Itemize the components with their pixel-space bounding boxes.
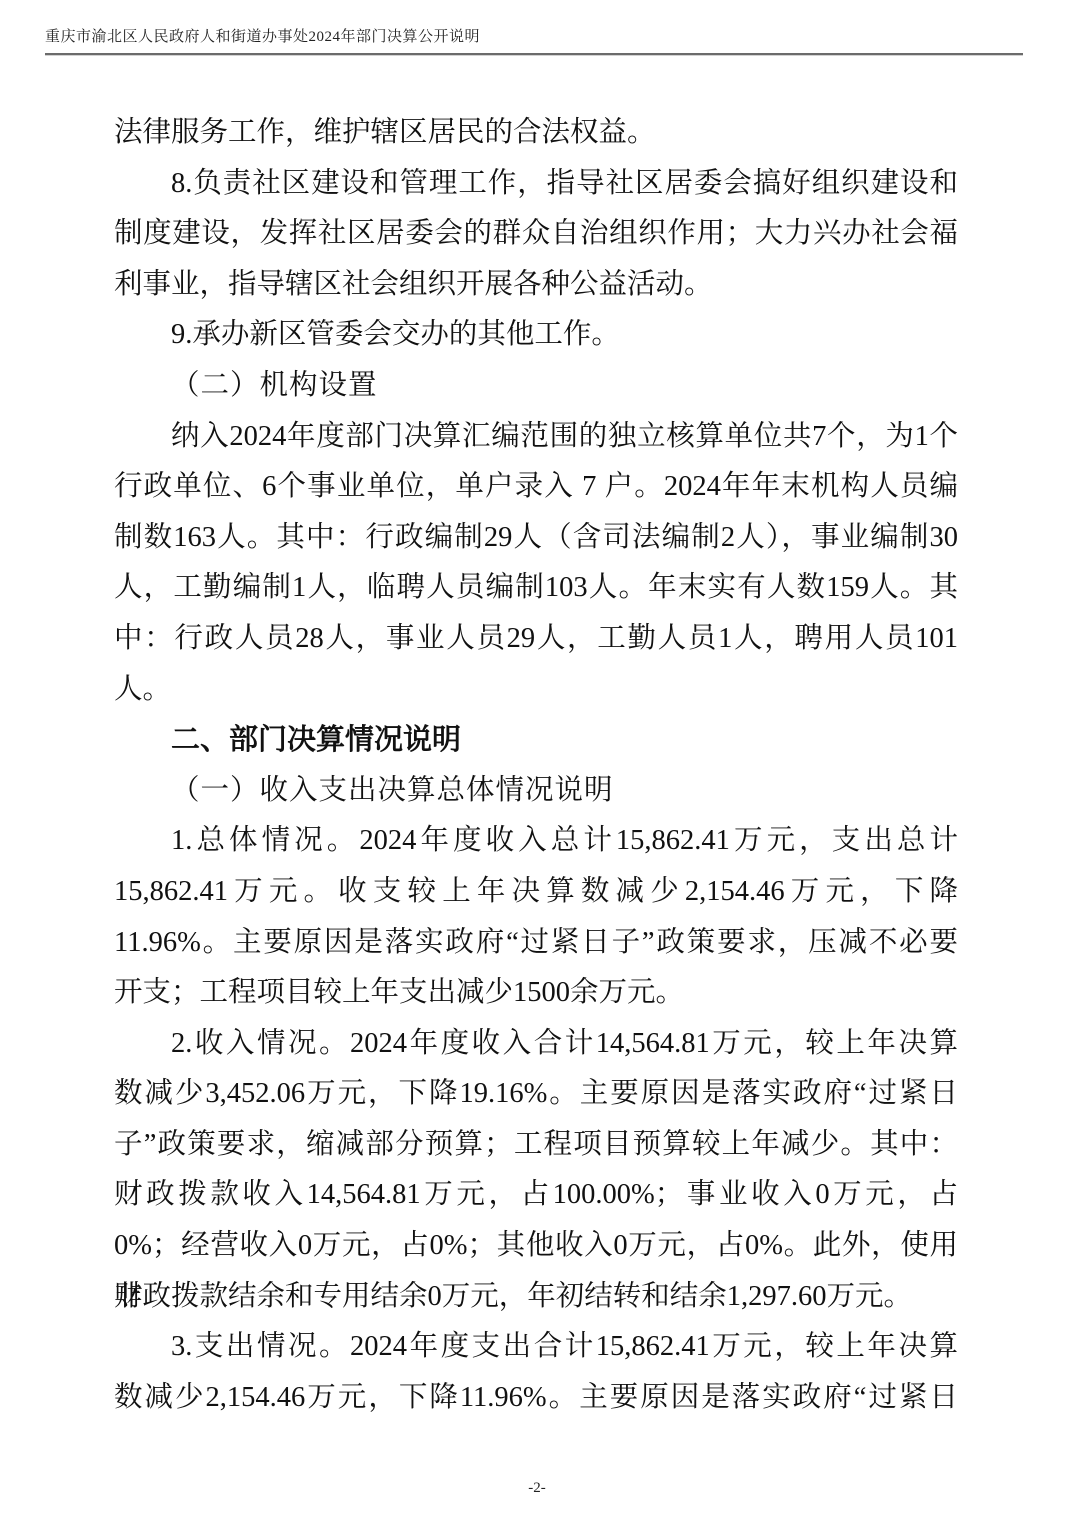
text-line: 中：行政人员28人，事业人员29人，工勤人员1人，聘用人员101: [114, 614, 958, 665]
section-heading: 二、部门决算情况说明: [114, 715, 958, 766]
text-line: 11.96%。主要原因是落实政府“过紧日子”政策要求，压减不必要: [114, 918, 958, 969]
header-title: 重庆市渝北区人民政府人和街道办事处2024年部门决算公开说明: [45, 27, 480, 47]
text-line: 15,862.41万元。收支较上年决算数减少2,154.46万元，下降: [114, 867, 958, 918]
text-line: 2.收入情况。2024年度收入合计14,564.81万元，较上年决算: [114, 1019, 958, 1070]
document-page: 重庆市渝北区人民政府人和街道办事处2024年部门决算公开说明 法律服务工作，维护…: [0, 0, 1074, 1520]
sub-heading: （二）机构设置: [114, 361, 958, 412]
sub-heading: （一）收入支出决算总体情况说明: [114, 766, 958, 817]
text-line: 数减少3,452.06万元，下降19.16%。主要原因是落实政府“过紧日: [114, 1069, 958, 1120]
text-line: 9.承办新区管委会交办的其他工作。: [114, 310, 958, 361]
text-line: 制度建设，发挥社区居委会的群众自治组织作用；大力兴办社会福: [114, 209, 958, 260]
text-line: 3.支出情况。2024年度支出合计15,862.41万元，较上年决算: [114, 1322, 958, 1373]
text-line: 财政拨款结余和专用结余0万元，年初结转和结余1,297.60万元。: [114, 1272, 958, 1323]
header-rule: [45, 53, 1023, 55]
page-footer: -2-: [0, 1480, 1074, 1497]
text-line: 1.总体情况。2024年度收入总计15,862.41万元，支出总计: [114, 816, 958, 867]
text-line: 0%；经营收入0万元，占0%；其他收入0万元，占0%。此外，使用非: [114, 1221, 958, 1272]
text-line: 人，工勤编制1人，临聘人员编制103人。年末实有人数159人。其: [114, 563, 958, 614]
page-number: -2-: [528, 1480, 546, 1496]
text-line: 法律服务工作，维护辖区居民的合法权益。: [114, 108, 958, 159]
text-line: 利事业，指导辖区社会组织开展各种公益活动。: [114, 260, 958, 311]
text-line: 纳入2024年度部门决算汇编范围的独立核算单位共7个，为1个: [114, 412, 958, 463]
text-line: 数减少2,154.46万元，下降11.96%。主要原因是落实政府“过紧日: [114, 1373, 958, 1424]
text-line: 人。: [114, 665, 958, 716]
text-line: 制数163人。其中：行政编制29人（含司法编制2人），事业编制30: [114, 513, 958, 564]
text-line: 行政单位、6个事业单位，单户录入 7 户。2024年年末机构人员编: [114, 462, 958, 513]
text-line: 财政拨款收入14,564.81万元，占100.00%；事业收入0万元，占: [114, 1170, 958, 1221]
document-body: 法律服务工作，维护辖区居民的合法权益。8.负责社区建设和管理工作，指导社区居委会…: [114, 108, 958, 1423]
text-line: 子”政策要求，缩减部分预算；工程项目预算较上年减少。其中：: [114, 1120, 958, 1171]
text-line: 开支；工程项目较上年支出减少1500余万元。: [114, 968, 958, 1019]
text-line: 8.负责社区建设和管理工作，指导社区居委会搞好组织建设和: [114, 159, 958, 210]
